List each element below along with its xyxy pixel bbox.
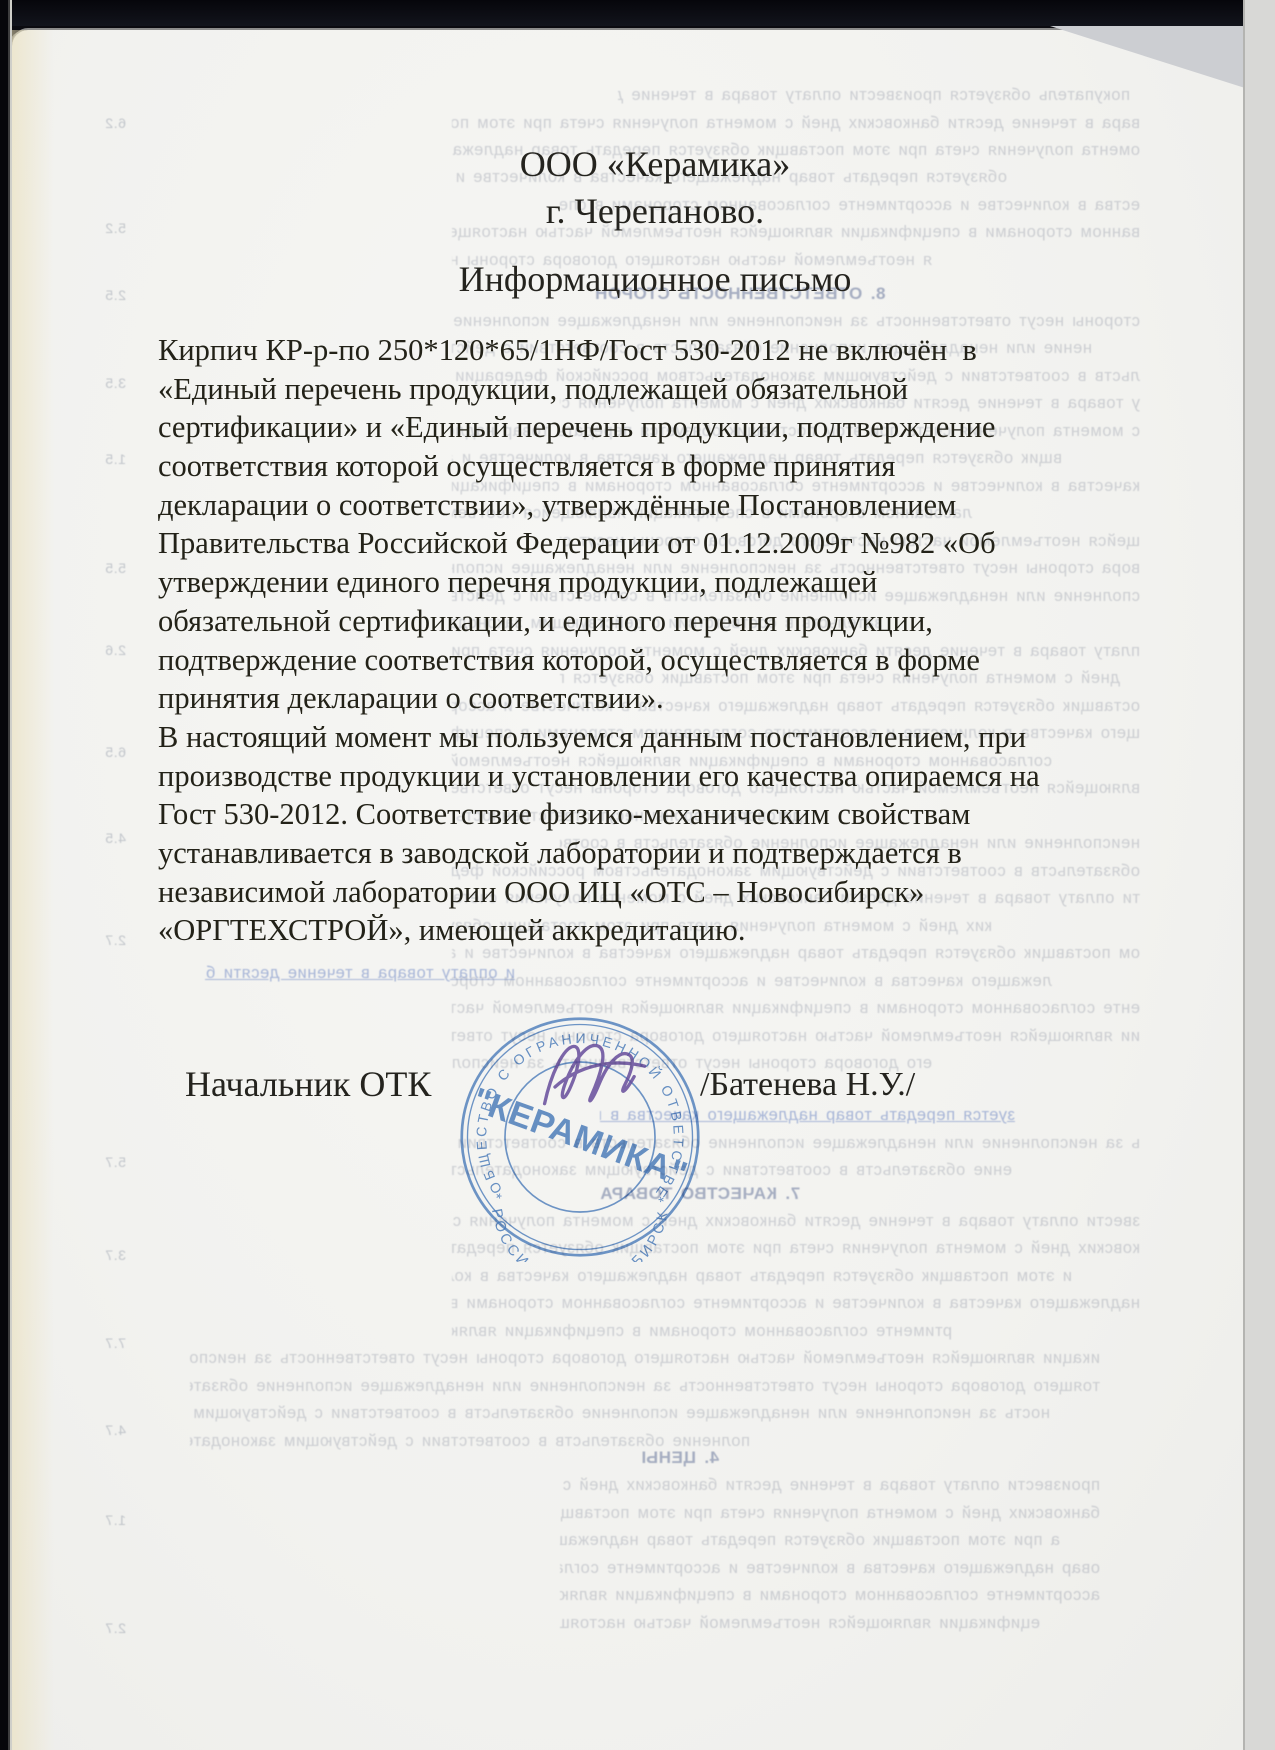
letter-title: Информационное письмо [180, 258, 1130, 300]
signatory-position: Начальник ОТК [185, 1063, 431, 1105]
signature-ink [545, 1045, 645, 1103]
letter-body-line: «ОРГТЕХСТРОЙ», имеющей аккредитацию. [158, 913, 1133, 952]
scanned-page: покупатель обязуется произвести оплату т… [0, 0, 1275, 1750]
stamp-bottom-text: * РОССИЯ г.НОВОСИБИРСК * [487, 1193, 672, 1262]
scan-border-left [0, 0, 12, 1750]
letter-body-line: декларации о соответствии», утверждённые… [158, 488, 1133, 527]
letter-body: Кирпич КР-р-по 250*120*65/1НФ/Гост 530-2… [158, 333, 1133, 952]
letter-body-line: производстве продукции и установлении ег… [158, 759, 1133, 798]
letter-body-line: Кирпич КР-р-по 250*120*65/1НФ/Гост 530-2… [158, 333, 1133, 372]
letter-body-line: независимой лаборатории ООО ИЦ «ОТС – Но… [158, 875, 1133, 914]
stamp-texts: ОБЩЕСТВО С ОГРАНИЧЕННОЙ ОТВЕТСТВЕННОСТЬЮ… [455, 1012, 692, 1262]
letter-body-line: устанавливается в заводской лаборатории … [158, 836, 1133, 875]
letter-body-line: Гост 530-2012. Соответствие физико-механ… [158, 797, 1133, 836]
scan-right-strip [1243, 0, 1275, 1750]
org-city: г. Черепаново. [180, 190, 1130, 232]
letter-body-line: принятия декларации о соответствии». [158, 681, 1133, 720]
scan-border-top [0, 0, 1275, 26]
letter-body-line: утверждении единого перечня продукции, п… [158, 565, 1133, 604]
stamp-center-text: "КЕРАМИКА" [467, 1081, 692, 1194]
letter-body-line: соответствия которой осуществляется в фо… [158, 449, 1133, 488]
letter-body-line: обязательной сертификации, и единого пер… [158, 604, 1133, 643]
letter-body-line: сертификации» и «Единый перечень продукц… [158, 410, 1133, 449]
company-stamp: ОБЩЕСТВО С ОГРАНИЧЕННОЙ ОТВЕТСТВЕННОСТЬЮ… [455, 1012, 705, 1262]
org-name: ООО «Керамика» [180, 143, 1130, 185]
letter-body-line: подтверждение соответствия которой, осущ… [158, 643, 1133, 682]
letter-content: ООО «Керамика» г. Черепаново. Информацио… [0, 0, 1275, 1750]
signatory-name: /Батенева Н.У./ [700, 1066, 915, 1104]
letter-body-line: «Единый перечень продукции, подлежащей о… [158, 372, 1133, 411]
letter-body-line: Правительства Российской Федерации от 01… [158, 526, 1133, 565]
letter-body-line: В настоящий момент мы пользуемся данным … [158, 720, 1133, 759]
